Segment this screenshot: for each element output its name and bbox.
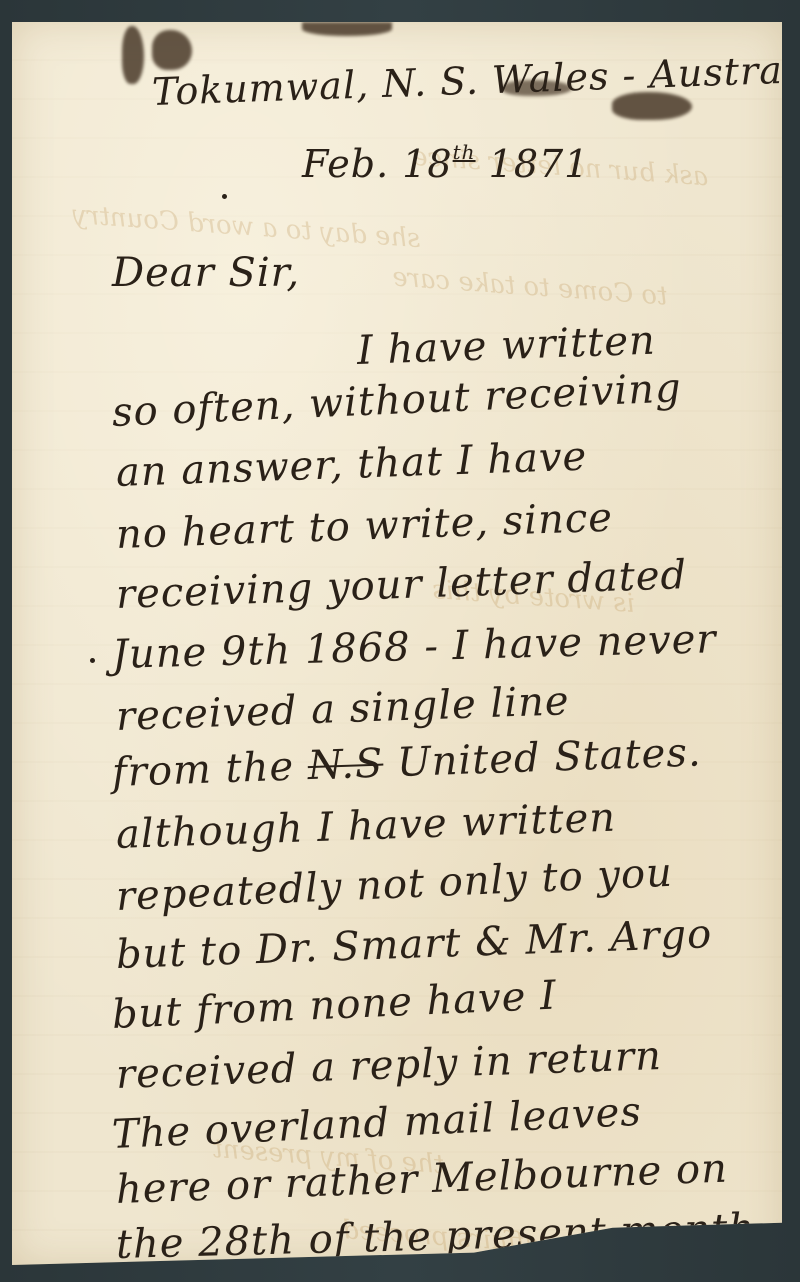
body-line-7: received a single line: [115, 678, 570, 740]
struck-out-text: N.S: [307, 741, 384, 790]
body-line-8-text: from the: [111, 744, 295, 796]
ink-stain: [122, 26, 144, 84]
body-line-1: I have written: [356, 318, 656, 374]
body-line-13: received a reply in return: [115, 1033, 662, 1098]
body-line-11: but to Dr. Smart & Mr. Argo: [115, 911, 713, 978]
body-line-2: so often, without receiving: [111, 365, 683, 436]
body-line-4: no heart to write, since: [115, 495, 613, 558]
body-line-15: here or rather Melbourne on: [115, 1146, 728, 1213]
body-line-3: an answer, that I have: [115, 434, 588, 496]
letter-page: ask bur no letter since she day to a wor…: [12, 22, 782, 1265]
date-year: 1871: [489, 142, 590, 186]
bleed-through-text: she day to a word Country: [71, 200, 421, 254]
body-line-8: from the N.S United States.: [111, 729, 702, 796]
body-line-9: although I have written: [115, 795, 617, 858]
body-line-8-continued: United States.: [396, 729, 702, 786]
body-line-14: The overland mail leaves: [111, 1089, 643, 1158]
ink-dot: [222, 194, 227, 199]
bleed-through-text: to Come to take care: [391, 262, 668, 311]
body-line-10: repeatedly not only to you: [115, 850, 674, 920]
ink-dot: [90, 658, 95, 663]
letter-place-heading: Tokumwal, N. S. Wales - Australia: [151, 46, 800, 114]
salutation: Dear Sir,: [112, 250, 300, 296]
place-text: Tokumwal, N. S. Wales - Australia: [151, 46, 800, 114]
date-suffix: th: [453, 140, 476, 164]
ink-stain: [152, 30, 192, 70]
body-line-12: but from none have I: [111, 973, 558, 1038]
body-line-5: receiving your letter dated: [115, 552, 688, 618]
date-day: Feb. 18: [302, 142, 453, 186]
body-line-6: June 9th 1868 - I have never: [111, 616, 717, 678]
ink-stain: [302, 22, 392, 36]
letter-date: Feb. 18th 1871: [302, 140, 589, 186]
